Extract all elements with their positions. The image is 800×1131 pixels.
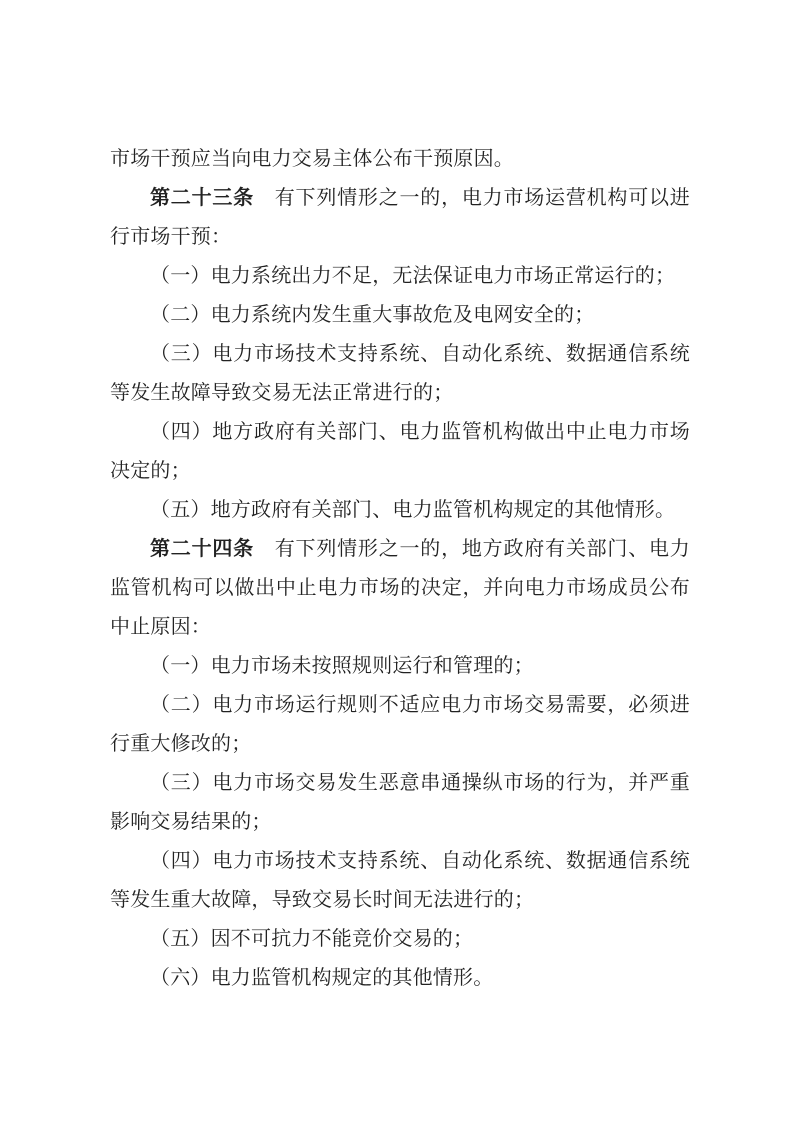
article-number: 第二十四条 bbox=[150, 538, 254, 560]
text-run: （一）电力系统出力不足，无法保证电力市场正常运行的； bbox=[150, 265, 675, 287]
paragraph: （四）地方政府有关部门、电力监管机构做出中止电力市场决定的； bbox=[110, 413, 690, 491]
text-run: 市场干预应当向电力交易主体公布干预原因。 bbox=[110, 148, 514, 170]
paragraph: （五）地方政府有关部门、电力监管机构规定的其他情形。 bbox=[110, 491, 690, 530]
paragraph: （二）电力系统内发生重大事故危及电网安全的； bbox=[110, 296, 690, 335]
paragraph: （一）电力市场未按照规则运行和管理的； bbox=[110, 647, 690, 686]
paragraph: （五）因不可抗力不能竞价交易的； bbox=[110, 920, 690, 959]
text-run: （四）电力市场技术支持系统、自动化系统、数据通信系统等发生重大故障，导致交易长时… bbox=[110, 850, 690, 911]
text-run: （五）因不可抗力不能竞价交易的； bbox=[150, 928, 473, 950]
paragraph: （六）电力监管机构规定的其他情形。 bbox=[110, 959, 690, 998]
paragraph: （一）电力系统出力不足，无法保证电力市场正常运行的； bbox=[110, 257, 690, 296]
document-page: 市场干预应当向电力交易主体公布干预原因。第二十三条 有下列情形之一的，电力市场运… bbox=[0, 0, 800, 1131]
text-run: （五）地方政府有关部门、电力监管机构规定的其他情形。 bbox=[150, 499, 675, 521]
text-run: （二）电力市场运行规则不适应电力市场交易需要，必须进行重大修改的； bbox=[110, 694, 690, 755]
text-run: （二）电力系统内发生重大事故危及电网安全的； bbox=[150, 304, 594, 326]
paragraph: （四）电力市场技术支持系统、自动化系统、数据通信系统等发生重大故障，导致交易长时… bbox=[110, 842, 690, 920]
paragraph: 第二十三条 有下列情形之一的，电力市场运营机构可以进行市场干预： bbox=[110, 179, 690, 257]
paragraph: （二）电力市场运行规则不适应电力市场交易需要，必须进行重大修改的； bbox=[110, 686, 690, 764]
text-run: （三）电力市场技术支持系统、自动化系统、数据通信系统等发生故障导致交易无法正常进… bbox=[110, 343, 690, 404]
text-run: （一）电力市场未按照规则运行和管理的； bbox=[150, 655, 534, 677]
article-number: 第二十三条 bbox=[150, 187, 254, 209]
paragraph: （三）电力市场交易发生恶意串通操纵市场的行为，并严重影响交易结果的； bbox=[110, 764, 690, 842]
text-run: （四）地方政府有关部门、电力监管机构做出中止电力市场决定的； bbox=[110, 421, 690, 482]
paragraph: 第二十四条 有下列情形之一的，地方政府有关部门、电力监管机构可以做出中止电力市场… bbox=[110, 530, 690, 647]
document-text-block: 市场干预应当向电力交易主体公布干预原因。第二十三条 有下列情形之一的，电力市场运… bbox=[110, 140, 690, 998]
paragraph: 市场干预应当向电力交易主体公布干预原因。 bbox=[110, 140, 690, 179]
text-run: （三）电力市场交易发生恶意串通操纵市场的行为，并严重影响交易结果的； bbox=[110, 772, 690, 833]
paragraph: （三）电力市场技术支持系统、自动化系统、数据通信系统等发生故障导致交易无法正常进… bbox=[110, 335, 690, 413]
text-run: （六）电力监管机构规定的其他情形。 bbox=[150, 967, 493, 989]
